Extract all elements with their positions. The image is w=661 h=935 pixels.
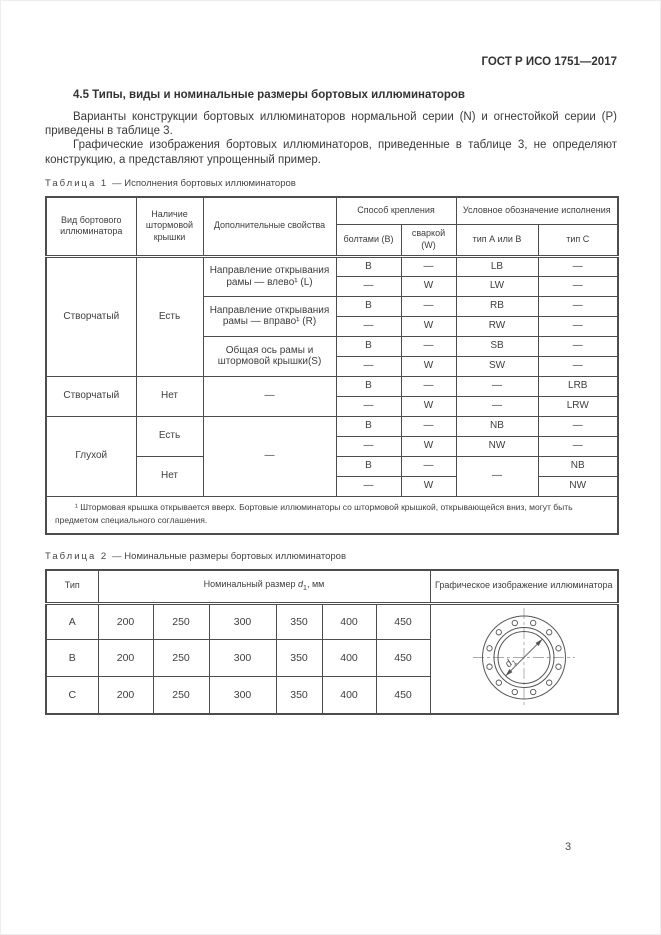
table-cell: В	[336, 336, 401, 356]
table-cell: —	[538, 416, 618, 436]
porthole-drawing: d1	[432, 605, 616, 710]
table-row: Вид бортового иллюминатора Наличие шторм…	[46, 197, 618, 225]
standard-reference: ГОСТ Р ИСО 1751—2017	[45, 56, 617, 68]
table-cell: 250	[153, 603, 209, 640]
table-cell: RB	[456, 296, 538, 316]
table-cell: NW	[456, 436, 538, 456]
porthole-drawing-cell: d1	[430, 603, 618, 714]
table-row: Глухой Есть — В — NB —	[46, 416, 618, 436]
table-cell: —	[336, 396, 401, 416]
table-cell: LW	[456, 276, 538, 296]
table-cell: —	[401, 256, 456, 276]
table-cell: В	[336, 376, 401, 396]
page-content: ГОСТ Р ИСО 1751—2017 4.5 Типы, виды и но…	[45, 0, 617, 715]
section-heading: 4.5 Типы, виды и номинальные размеры бор…	[73, 89, 617, 101]
table-cell: Створчатый	[46, 376, 136, 416]
table-cell: 200	[98, 640, 153, 677]
table-cell: 450	[376, 677, 430, 714]
table-cell: RW	[456, 316, 538, 336]
table-cell: 250	[153, 640, 209, 677]
table-cell: —	[401, 416, 456, 436]
table-cell: W	[401, 356, 456, 376]
table-cell: —	[538, 436, 618, 456]
table-cell: Нет	[136, 376, 203, 416]
table-cell: В	[336, 416, 401, 436]
table-cell: —	[456, 396, 538, 416]
table-cell: 300	[209, 640, 276, 677]
table-row: Створчатый Есть Направление открывания р…	[46, 256, 618, 276]
table-cell: SW	[456, 356, 538, 376]
table-cell: LRW	[538, 396, 618, 416]
column-header: сваркой (W)	[401, 225, 456, 256]
table-cell: 300	[209, 603, 276, 640]
table-cell: В	[336, 256, 401, 276]
table-executions: Вид бортового иллюминатора Наличие шторм…	[45, 196, 619, 535]
table-cell: Глухой	[46, 416, 136, 496]
table-cell: W	[401, 276, 456, 296]
column-header: тип С	[538, 225, 618, 256]
table-cell: W	[401, 396, 456, 416]
document-page: ГОСТ Р ИСО 1751—2017 4.5 Типы, виды и но…	[0, 0, 661, 935]
table-cell: 400	[322, 677, 376, 714]
table-cell: B	[46, 640, 98, 677]
size-header-suffix: , мм	[307, 579, 324, 589]
table1-caption-label: Таблица 1	[45, 178, 108, 189]
column-header: Графическое изображение иллюминатора	[430, 570, 618, 603]
table-cell: —	[203, 416, 336, 496]
table-nominal-sizes: Тип Номинальный размер d1, мм Графическо…	[45, 569, 619, 715]
table2-caption: Таблица 2— Номинальные размеры бортовых …	[45, 551, 617, 562]
table-cell: —	[538, 296, 618, 316]
table-row: A 200 250 300 350 400 450	[46, 603, 618, 640]
table-cell: 400	[322, 640, 376, 677]
table-cell: W	[401, 436, 456, 456]
table-cell: В	[336, 456, 401, 476]
table-cell: 450	[376, 640, 430, 677]
table-cell: —	[336, 356, 401, 376]
table-cell: —	[538, 316, 618, 336]
table-cell: 200	[98, 677, 153, 714]
column-header: Наличие штормовой крышки	[136, 197, 203, 256]
page-number: 3	[565, 841, 571, 853]
table1-caption: Таблица 1— Исполнения бортовых иллюминат…	[45, 178, 617, 189]
table-cell: LRB	[538, 376, 618, 396]
column-group-header: Способ крепления	[336, 197, 456, 225]
table-cell: В	[336, 296, 401, 316]
size-header-prefix: Номинальный размер	[204, 579, 296, 589]
table-cell: 400	[322, 603, 376, 640]
table-cell: Общая ось рамы и штормовой крышки(S)	[203, 336, 336, 376]
table-cell: —	[203, 376, 336, 416]
table2-header: Тип Номинальный размер d1, мм Графическо…	[46, 570, 618, 603]
diameter-dimension: d1	[497, 631, 543, 677]
table1-caption-text: — Исполнения бортовых иллюминаторов	[112, 178, 296, 189]
table-row: Створчатый Нет — В — — LRB	[46, 376, 618, 396]
table-cell: —	[336, 436, 401, 456]
table1-header: Вид бортового иллюминатора Наличие шторм…	[46, 197, 618, 256]
table-cell: —	[538, 276, 618, 296]
table-cell: 200	[98, 603, 153, 640]
table-cell: Нет	[136, 456, 203, 496]
table-cell: —	[336, 316, 401, 336]
table-cell: NB	[456, 416, 538, 436]
table-cell: —	[401, 296, 456, 316]
table-cell: —	[401, 456, 456, 476]
table2-caption-text: — Номинальные размеры бортовых иллюминат…	[112, 551, 346, 562]
table-cell: —	[538, 356, 618, 376]
table-cell: 350	[276, 677, 322, 714]
table-cell: LB	[456, 256, 538, 276]
table1-body: Створчатый Есть Направление открывания р…	[46, 256, 618, 534]
table-cell: Есть	[136, 256, 203, 376]
table2-body: A 200 250 300 350 400 450	[46, 603, 618, 714]
table-cell: 250	[153, 677, 209, 714]
table-cell: —	[456, 456, 538, 496]
table-cell: 350	[276, 603, 322, 640]
table-footnote: ¹ Штормовая крышка открывается вверх. Бо…	[46, 496, 618, 534]
table-cell: —	[336, 276, 401, 296]
table-cell: Направление открывания рамы — вправо¹ (R…	[203, 296, 336, 336]
table-row: ¹ Штормовая крышка открывается вверх. Бо…	[46, 496, 618, 534]
table-cell: Есть	[136, 416, 203, 456]
table-cell: —	[336, 476, 401, 496]
table-cell: NB	[538, 456, 618, 476]
table-row: Тип Номинальный размер d1, мм Графическо…	[46, 570, 618, 603]
table-cell: 350	[276, 640, 322, 677]
table-cell: Направление открывания рамы — влево¹ (L)	[203, 256, 336, 296]
table-cell: A	[46, 603, 98, 640]
column-header: Тип	[46, 570, 98, 603]
table-cell: W	[401, 476, 456, 496]
table-cell: —	[401, 336, 456, 356]
table-cell: 450	[376, 603, 430, 640]
column-header: Номинальный размер d1, мм	[98, 570, 430, 603]
table-cell: —	[456, 376, 538, 396]
table-cell: W	[401, 316, 456, 336]
paragraph: Графические изображения бортовых иллюмин…	[45, 138, 617, 166]
table-cell: —	[538, 336, 618, 356]
table-cell: SB	[456, 336, 538, 356]
column-header: Дополнительные свойства	[203, 197, 336, 256]
table-cell: 300	[209, 677, 276, 714]
table-cell: —	[538, 256, 618, 276]
column-header: тип А или В	[456, 225, 538, 256]
table-cell: Створчатый	[46, 256, 136, 376]
column-group-header: Условное обозначение исполнения	[456, 197, 618, 225]
table-cell: NW	[538, 476, 618, 496]
table-cell: —	[401, 376, 456, 396]
table2-caption-label: Таблица 2	[45, 551, 108, 562]
column-header: Вид бортового иллюминатора	[46, 197, 136, 256]
column-header: болтами (В)	[336, 225, 401, 256]
table-cell: C	[46, 677, 98, 714]
paragraph: Варианты конструкции бортовых иллюминато…	[45, 110, 617, 138]
